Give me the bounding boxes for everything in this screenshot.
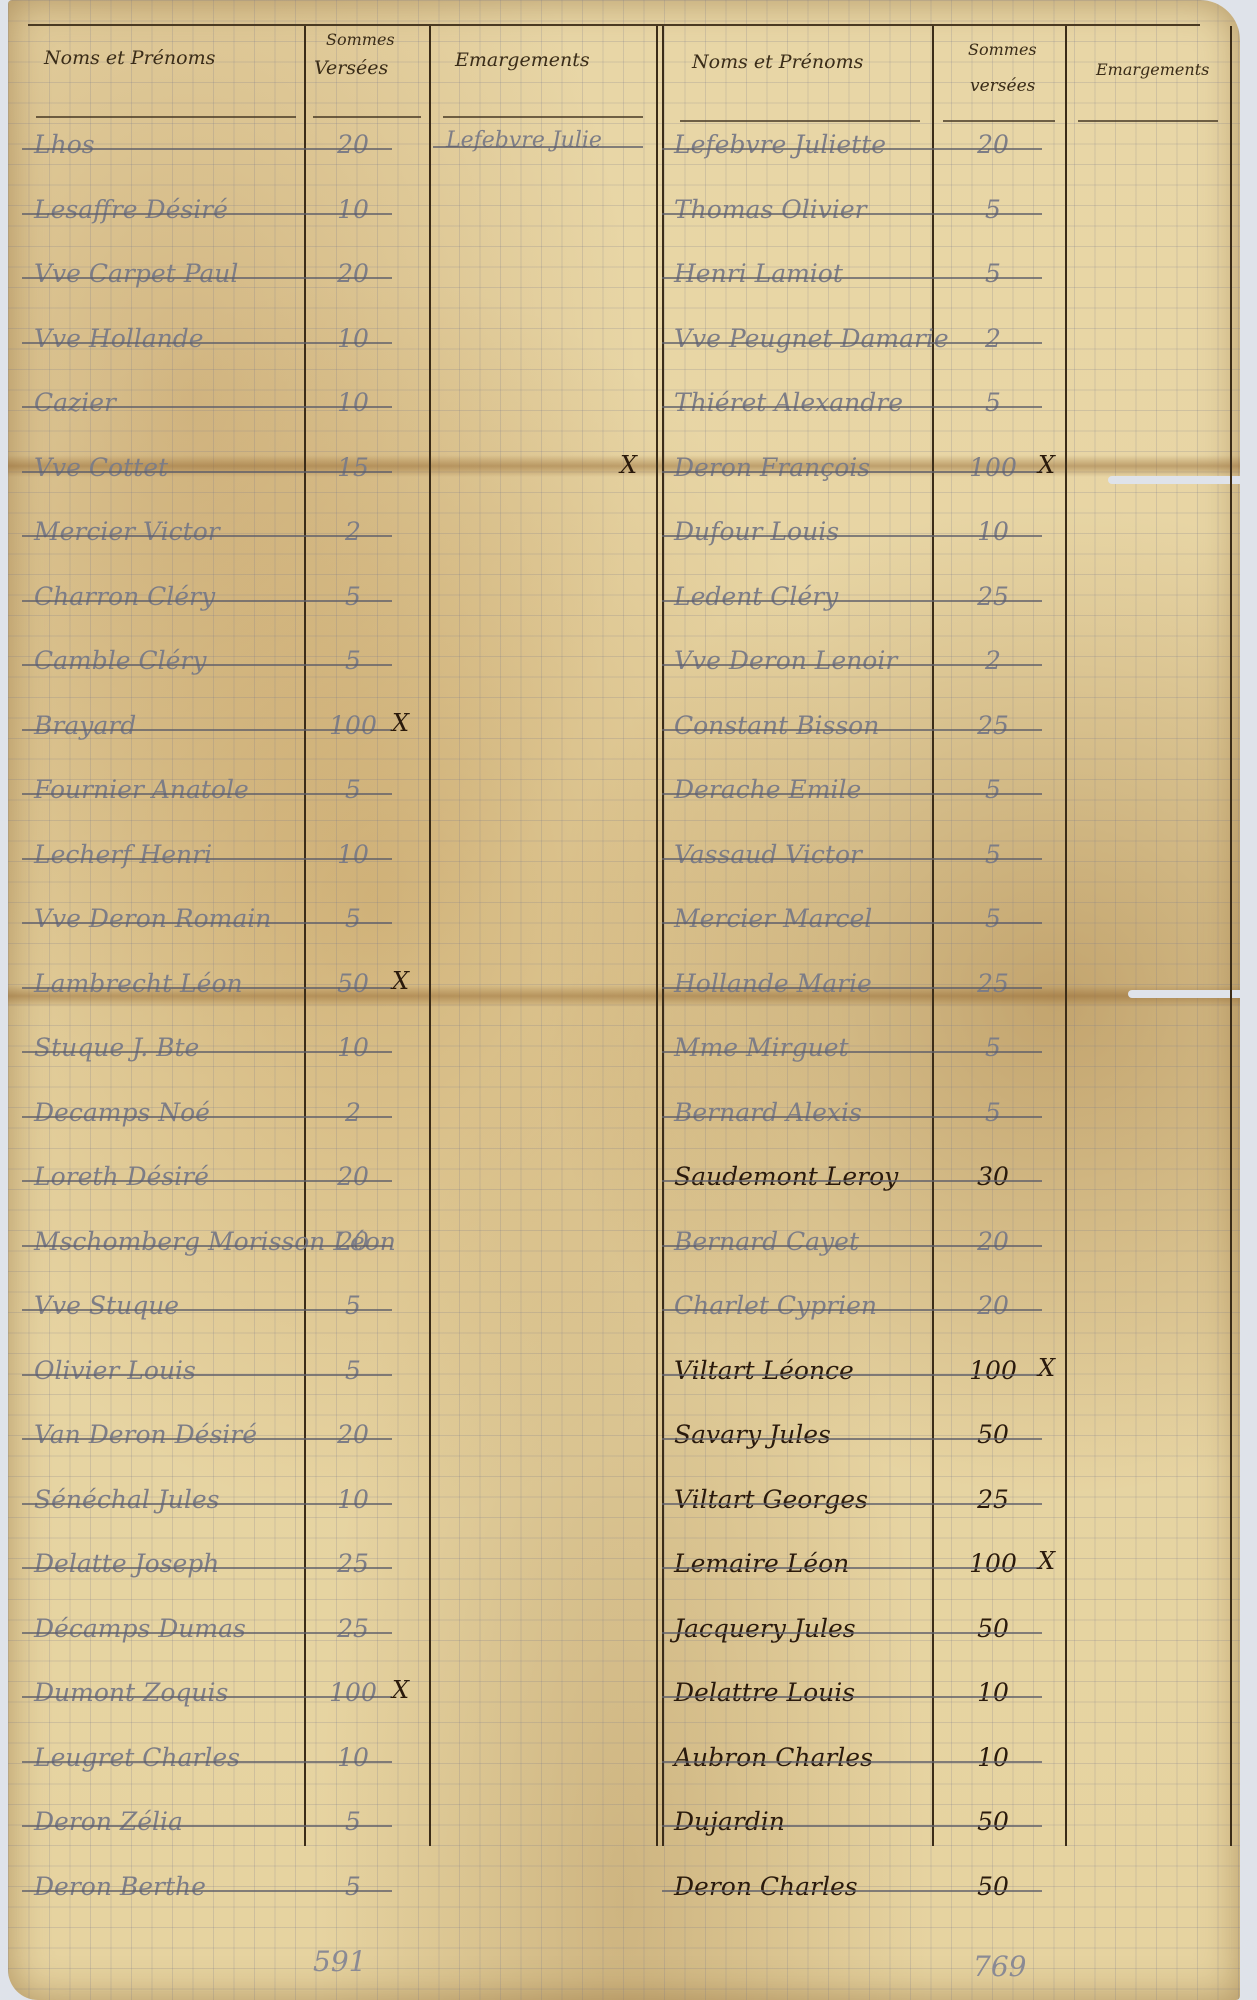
strike-line (662, 793, 1042, 795)
ledger-row: Hollande Marie25 (8, 961, 1240, 1021)
amount-paid: 100 (948, 1549, 1038, 1578)
strike-line (662, 1374, 1042, 1376)
contributor-name: Derache Emile (674, 775, 861, 804)
header-sums-right-line2: versées (970, 76, 1035, 96)
strike-line (662, 148, 1042, 150)
contributor-name: Viltart Georges (674, 1485, 868, 1514)
ledger-row: Deron Charles50 (8, 1864, 1240, 1924)
strike-line (662, 1116, 1042, 1118)
ledger-row: Viltart Léonce100X (8, 1348, 1240, 1408)
contributor-name: Thiéret Alexandre (674, 388, 903, 417)
ledger-row: Lemaire Léon100X (8, 1541, 1240, 1601)
strike-line (662, 1180, 1042, 1182)
contributor-name: Viltart Léonce (674, 1356, 854, 1385)
strike-line (662, 1567, 1042, 1569)
strike-line (662, 535, 1042, 537)
contributor-name: Savary Jules (674, 1420, 831, 1449)
strike-line (662, 213, 1042, 215)
strike-line (662, 1890, 1042, 1892)
header-sums-left-line1: Sommes (326, 30, 395, 50)
contributor-name: Thomas Olivier (674, 195, 867, 224)
header-sums-right-line1: Sommes (968, 40, 1037, 60)
ledger-row: Jacquery Jules50 (8, 1606, 1240, 1666)
x-mark: X (620, 451, 637, 479)
x-mark: X (1038, 1547, 1055, 1575)
ledger-row: Vve Deron Lenoir2 (8, 638, 1240, 698)
ledger-row: Derache Emile5 (8, 767, 1240, 827)
contributor-name: Constant Bisson (674, 711, 879, 740)
strike-line (662, 277, 1042, 279)
strike-line (662, 1438, 1042, 1440)
strike-line (662, 1503, 1042, 1505)
contributor-name: Lemaire Léon (674, 1549, 849, 1578)
x-mark: X (1038, 451, 1055, 479)
contributor-name: Mme Mirguet (674, 1033, 849, 1062)
ledger-row: Savary Jules50 (8, 1412, 1240, 1472)
amount-paid: 20 (948, 130, 1038, 159)
strike-line (662, 1761, 1042, 1763)
strike-line (662, 987, 1042, 989)
header-sums-left-line2: Versées (314, 58, 388, 78)
contributor-name: Deron François (674, 453, 870, 482)
left-column-total: 591 (313, 1945, 366, 1978)
strike-line (662, 342, 1042, 344)
contributor-name: Bernard Alexis (674, 1098, 862, 1127)
strike-line (662, 858, 1042, 860)
contributor-name: Saudemont Leroy (674, 1162, 898, 1191)
header-names-right: Noms et Prénoms (692, 52, 863, 72)
strike-line (662, 1696, 1042, 1698)
amount-paid: 30 (948, 1162, 1038, 1191)
ledger-row: Delattre Louis10 (8, 1670, 1240, 1730)
ledger-row: Viltart Georges25 (8, 1477, 1240, 1537)
ledger-row: Constant Bisson25 (8, 703, 1240, 763)
ledger-row: Vassaud Victor5 (8, 832, 1240, 892)
amount-paid: 100 (948, 453, 1038, 482)
amount-paid: 20 (948, 1227, 1038, 1256)
amount-paid: 10 (948, 1743, 1038, 1772)
header-signatures-left: Emargements (455, 50, 590, 70)
strike-line (662, 1245, 1042, 1247)
amount-paid: 50 (948, 1807, 1038, 1836)
amount-paid: 25 (948, 969, 1038, 998)
strike-line (662, 729, 1042, 731)
amount-paid: 5 (948, 775, 1038, 804)
top-border-line (28, 24, 1200, 26)
ledger-row: Charlet Cyprien20 (8, 1283, 1240, 1343)
ledger-row: Henri Lamiot5 (8, 251, 1240, 311)
amount-paid: 2 (948, 324, 1038, 353)
amount-paid: 50 (948, 1420, 1038, 1449)
contributor-name: Mercier Marcel (674, 904, 872, 933)
contributor-name: Bernard Cayet (674, 1227, 859, 1256)
contributor-name: Henri Lamiot (674, 259, 843, 288)
amount-paid: 5 (948, 840, 1038, 869)
contributor-name: Ledent Cléry (674, 582, 838, 611)
contributor-name: Dufour Louis (674, 517, 839, 546)
contributor-name: Aubron Charles (674, 1743, 873, 1772)
strike-line (662, 664, 1042, 666)
contributor-name: Charlet Cyprien (674, 1291, 877, 1320)
strike-line (662, 406, 1042, 408)
amount-paid: 100 (948, 1356, 1038, 1385)
contributor-name: Lefebvre Juliette (674, 130, 886, 159)
ledger-row: Dufour Louis10 (8, 509, 1240, 569)
ledger-row: Deron François100XX (8, 445, 1240, 505)
strike-line (662, 1051, 1042, 1053)
contributor-name: Hollande Marie (674, 969, 872, 998)
strike-line (662, 1825, 1042, 1827)
amount-paid: 5 (948, 195, 1038, 224)
strike-line (662, 922, 1042, 924)
ledger-row: Lefebvre Juliette20 (8, 122, 1240, 182)
contributor-name: Dujardin (674, 1807, 785, 1836)
ledger-row: Bernard Alexis5 (8, 1090, 1240, 1150)
right-column-total: 769 (973, 1950, 1026, 1983)
header-underline (313, 116, 421, 118)
header-signatures-right: Emargements (1096, 60, 1209, 80)
contributor-name: Delattre Louis (674, 1678, 855, 1707)
ledger-row: Thiéret Alexandre5 (8, 380, 1240, 440)
ledger-row: Thomas Olivier5 (8, 187, 1240, 247)
amount-paid: 2 (948, 646, 1038, 675)
amount-paid: 5 (948, 904, 1038, 933)
contributor-name: Jacquery Jules (674, 1614, 856, 1643)
ledger-row: Bernard Cayet20 (8, 1219, 1240, 1279)
amount-paid: 25 (948, 711, 1038, 740)
contributor-name: Deron Charles (674, 1872, 858, 1901)
ledger-row: Ledent Cléry25 (8, 574, 1240, 634)
ledger-row: Saudemont Leroy30 (8, 1154, 1240, 1214)
x-mark: X (1038, 1354, 1055, 1382)
amount-paid: 5 (948, 1098, 1038, 1127)
contributor-name: Vve Deron Lenoir (674, 646, 897, 675)
strike-line (662, 1309, 1042, 1311)
amount-paid: 5 (948, 388, 1038, 417)
ledger-row: Vve Peugnet Damarie2 (8, 316, 1240, 376)
amount-paid: 50 (948, 1872, 1038, 1901)
ledger-page: Noms et Prénoms Sommes Versées Emargemen… (8, 0, 1240, 2000)
amount-paid: 5 (948, 1033, 1038, 1062)
strike-line (662, 1632, 1042, 1634)
amount-paid: 5 (948, 259, 1038, 288)
header-names-left: Noms et Prénoms (44, 48, 215, 68)
header-underline (36, 116, 296, 118)
ledger-row: Mercier Marcel5 (8, 896, 1240, 956)
amount-paid: 25 (948, 582, 1038, 611)
contributor-name: Vassaud Victor (674, 840, 862, 869)
header-underline (443, 116, 643, 118)
strike-line (662, 600, 1042, 602)
amount-paid: 25 (948, 1485, 1038, 1514)
ledger-row: Aubron Charles10 (8, 1735, 1240, 1795)
amount-paid: 50 (948, 1614, 1038, 1643)
amount-paid: 20 (948, 1291, 1038, 1320)
contributor-name: Vve Peugnet Damarie (674, 324, 949, 353)
strike-line (662, 471, 1042, 473)
amount-paid: 10 (948, 517, 1038, 546)
ledger-row: Dujardin50 (8, 1799, 1240, 1859)
ledger-row: Mme Mirguet5 (8, 1025, 1240, 1085)
amount-paid: 10 (948, 1678, 1038, 1707)
